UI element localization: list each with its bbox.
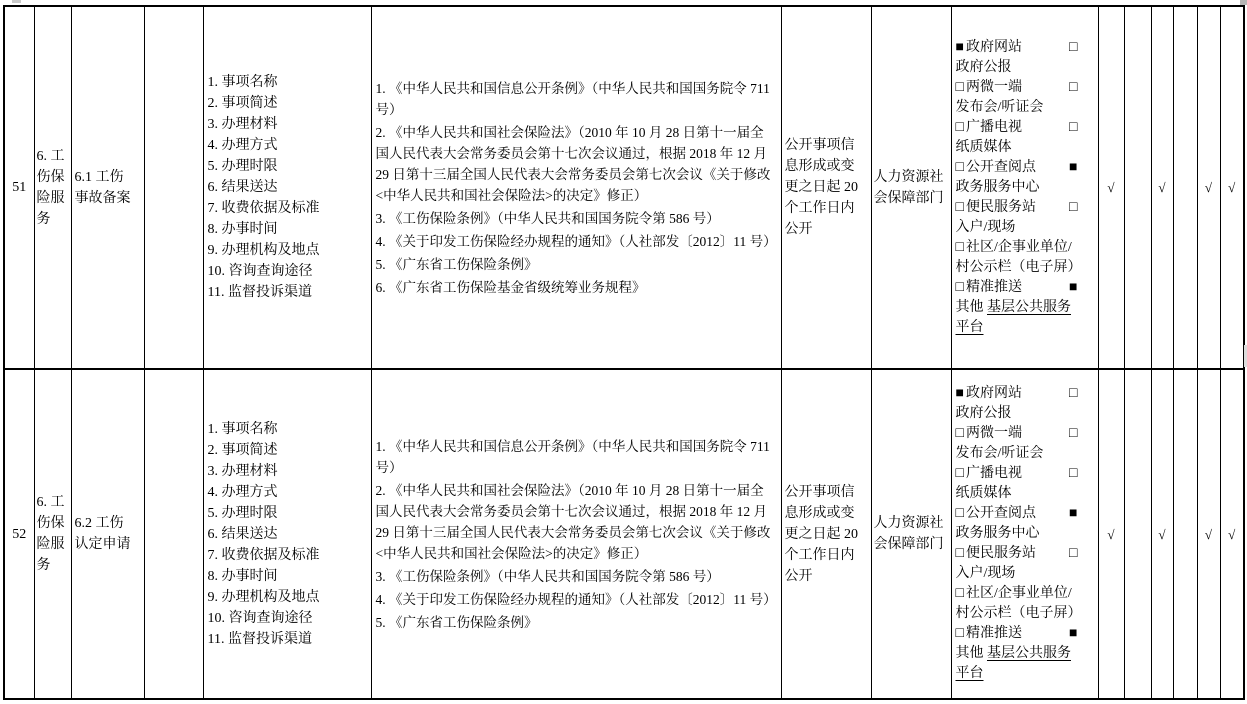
legal-item: 6. 《广东省工伤保险基金省级统筹业务规程》 [376, 277, 775, 298]
checkbox-empty-icon: □ [1069, 424, 1077, 444]
checkbox-empty-icon: □ [956, 426, 964, 441]
check-mark: √ [1107, 527, 1114, 542]
channel-label: 便民服务站 [966, 200, 1036, 215]
element-item: 7. 收费依据及标准 [208, 198, 367, 219]
checkbox-empty-icon: □ [956, 626, 964, 641]
element-item: 11. 监督投诉渠道 [208, 282, 367, 303]
legal-item: 4. 《关于印发工伤保险经办规程的通知》（人社部发〔2012〕11 号） [376, 231, 775, 252]
channel-item: □公开查阅点■ [956, 504, 1078, 524]
department-text: 人力资源社会保障部门 [874, 513, 949, 555]
channel-item: □两微一端□ [956, 78, 1078, 98]
checkbox-empty-icon: □ [1069, 544, 1077, 564]
channel-label: 政府公报 [956, 406, 1012, 421]
category-label: 6. 工伤保险服务 [37, 146, 69, 230]
element-item: 6. 结果送达 [208, 177, 367, 198]
channel-item: 其他 基层公共服务平台 [956, 644, 1078, 684]
channel-item: □公开查阅点■ [956, 158, 1078, 178]
channel-label: 政务服务中心 [956, 180, 1040, 195]
element-item: 3. 办理材料 [208, 461, 367, 482]
check-cell: √ [1220, 6, 1244, 369]
channel-label: 政务服务中心 [956, 526, 1040, 541]
department-cell: 人力资源社会保障部门 [871, 369, 951, 699]
check-cell [1124, 6, 1151, 369]
channel-label-group: □便民服务站 [956, 544, 1036, 564]
spacer-cell [144, 369, 203, 699]
legal-item: 5. 《广东省工伤保险条例》 [376, 254, 775, 275]
element-item: 8. 办事时间 [208, 219, 367, 240]
sub-item-cell: 6.1 工伤事故备案 [71, 6, 144, 369]
department-cell: 人力资源社会保障部门 [871, 6, 951, 369]
check-cell: √ [1151, 6, 1173, 369]
checkbox-empty-icon: □ [1069, 78, 1077, 98]
deadline-text: 公开事项信息形成或变更之日起 20 个工作日内公开 [785, 482, 865, 587]
channel-item: 入户/现场 [956, 218, 1078, 238]
category-cell: 6. 工伤保险服务 [34, 369, 71, 699]
element-item: 1. 事项名称 [208, 72, 367, 93]
check-cell [1124, 369, 1151, 699]
channel-item: 其他 基层公共服务平台 [956, 298, 1078, 338]
row-number: 51 [12, 180, 26, 195]
element-item: 2. 事项简述 [208, 93, 367, 114]
channel-item: 纸质媒体 [956, 138, 1078, 158]
checkbox-empty-icon: □ [1069, 118, 1077, 138]
channel-label-group: □公开查阅点 [956, 158, 1036, 178]
channel-label: 社区/企事业单位/村公示栏（电子屏） [956, 240, 1082, 275]
channel-item: 入户/现场 [956, 564, 1078, 584]
checkbox-empty-icon: □ [956, 506, 964, 521]
checkbox-empty-icon: □ [956, 546, 964, 561]
element-item: 9. 办理机构及地点 [208, 240, 367, 261]
element-item: 5. 办理时限 [208, 156, 367, 177]
channel-label: 广播电视 [966, 466, 1022, 481]
checkbox-empty-icon: □ [956, 160, 964, 175]
checkbox-empty-icon: □ [956, 200, 964, 215]
row-number-cell: 51 [4, 6, 34, 369]
channel-label-group: □精准推送 [956, 624, 1022, 644]
channel-label-group: □两微一端 [956, 424, 1022, 444]
check-mark: √ [1228, 180, 1235, 195]
legal-item: 3. 《工伤保险条例》（中华人民共和国国务院令第 586 号） [376, 566, 775, 587]
check-cell: √ [1098, 6, 1124, 369]
category-cell: 6. 工伤保险服务 [34, 6, 71, 369]
channels-cell: ■政府网站□政府公报□两微一端□发布会/听证会□广播电视□纸质媒体□公开查阅点■… [951, 369, 1098, 699]
element-item: 8. 办事时间 [208, 566, 367, 587]
channel-label: 发布会/听证会 [956, 446, 1044, 461]
channel-label-group: □精准推送 [956, 278, 1022, 298]
table-row: 526. 工伤保险服务6.2 工伤认定申请1. 事项名称2. 事项简述3. 办理… [4, 369, 1244, 699]
channel-label-group: □广播电视 [956, 464, 1022, 484]
checkbox-filled-icon: ■ [1069, 504, 1077, 524]
checkbox-empty-icon: □ [1069, 38, 1077, 58]
channel-item: □便民服务站□ [956, 198, 1078, 218]
category-label: 6. 工伤保险服务 [37, 492, 69, 576]
element-item: 2. 事项简述 [208, 440, 367, 461]
legal-item: 5. 《广东省工伤保险条例》 [376, 612, 775, 633]
legal-item: 3. 《工伤保险条例》（中华人民共和国国务院令第 586 号） [376, 208, 775, 229]
element-item: 3. 办理材料 [208, 114, 367, 135]
channel-item: □社区/企事业单位/村公示栏（电子屏） [956, 238, 1078, 278]
channel-item: □精准推送■ [956, 624, 1078, 644]
checkbox-empty-icon: □ [956, 586, 964, 601]
deadline-cell: 公开事项信息形成或变更之日起 20 个工作日内公开 [781, 6, 871, 369]
check-mark: √ [1205, 527, 1212, 542]
check-mark: √ [1158, 527, 1165, 542]
channel-item: □精准推送■ [956, 278, 1078, 298]
checkbox-empty-icon: □ [956, 280, 964, 295]
deadline-cell: 公开事项信息形成或变更之日起 20 个工作日内公开 [781, 369, 871, 699]
channel-label: 其他 [956, 646, 988, 661]
channel-label: 精准推送 [966, 280, 1022, 295]
channel-item: 发布会/听证会 [956, 98, 1078, 118]
channel-label: 两微一端 [966, 80, 1022, 95]
checkbox-empty-icon: □ [956, 240, 964, 255]
channel-item: □便民服务站□ [956, 544, 1078, 564]
check-cell: √ [1151, 369, 1173, 699]
screenshot-artifact [1240, 0, 1247, 5]
check-cell: √ [1098, 369, 1124, 699]
element-item: 4. 办理方式 [208, 482, 367, 503]
sub-item-label: 6.1 工伤事故备案 [75, 167, 135, 209]
channel-label: 公开查阅点 [966, 506, 1036, 521]
channel-label: 政府网站 [966, 40, 1022, 55]
channel-label-group: □广播电视 [956, 118, 1022, 138]
channel-label: 广播电视 [966, 120, 1022, 135]
legal-item: 4. 《关于印发工伤保险经办规程的通知》（人社部发〔2012〕11 号） [376, 589, 775, 610]
checkbox-filled-icon: ■ [1069, 624, 1077, 644]
department-text: 人力资源社会保障部门 [874, 167, 949, 209]
check-cell [1173, 369, 1197, 699]
check-cell: √ [1220, 369, 1244, 699]
channel-label: 政府网站 [966, 386, 1022, 401]
legal-item: 1. 《中华人民共和国信息公开条例》（中华人民共和国国务院令 711 号） [376, 78, 775, 120]
channel-label: 公开查阅点 [966, 160, 1036, 175]
channel-label: 发布会/听证会 [956, 100, 1044, 115]
checkbox-empty-icon: □ [1069, 464, 1077, 484]
channel-item: 政务服务中心 [956, 178, 1078, 198]
check-mark: √ [1228, 527, 1235, 542]
checkbox-filled-icon: ■ [956, 386, 964, 401]
element-item: 10. 咨询查询途径 [208, 261, 367, 282]
check-cell: √ [1197, 6, 1220, 369]
checkbox-empty-icon: □ [1069, 198, 1077, 218]
check-mark: √ [1158, 180, 1165, 195]
channel-item: □两微一端□ [956, 424, 1078, 444]
channel-item: ■政府网站□ [956, 384, 1078, 404]
legal-item: 2. 《中华人民共和国社会保险法》（2010 年 10 月 28 日第十一届全国… [376, 122, 775, 206]
disclosure-table: 516. 工伤保险服务6.1 工伤事故备案1. 事项名称2. 事项简述3. 办理… [3, 5, 1245, 700]
table-row: 516. 工伤保险服务6.1 工伤事故备案1. 事项名称2. 事项简述3. 办理… [4, 6, 1244, 369]
legal-item: 1. 《中华人民共和国信息公开条例》（中华人民共和国国务院令 711 号） [376, 436, 775, 478]
element-item: 1. 事项名称 [208, 419, 367, 440]
channel-label: 纸质媒体 [956, 486, 1012, 501]
check-mark: √ [1205, 180, 1212, 195]
channel-label-group: ■政府网站 [956, 38, 1022, 58]
channel-item: □广播电视□ [956, 464, 1078, 484]
row-number-cell: 52 [4, 369, 34, 699]
channel-item: 政府公报 [956, 58, 1078, 78]
channels-cell: ■政府网站□政府公报□两微一端□发布会/听证会□广播电视□纸质媒体□公开查阅点■… [951, 6, 1098, 369]
checkbox-empty-icon: □ [1069, 384, 1077, 404]
checkbox-empty-icon: □ [956, 80, 964, 95]
channel-label: 其他 [956, 300, 988, 315]
checkbox-filled-icon: ■ [956, 40, 964, 55]
table-body: 516. 工伤保险服务6.1 工伤事故备案1. 事项名称2. 事项简述3. 办理… [4, 6, 1244, 699]
check-cell: √ [1197, 369, 1220, 699]
element-item: 7. 收费依据及标准 [208, 545, 367, 566]
channel-label: 入户/现场 [956, 566, 1016, 581]
channel-label: 精准推送 [966, 626, 1022, 641]
channel-label: 入户/现场 [956, 220, 1016, 235]
checkbox-empty-icon: □ [956, 466, 964, 481]
legal-basis-cell: 1. 《中华人民共和国信息公开条例》（中华人民共和国国务院令 711 号）2. … [371, 369, 781, 699]
channel-item: 政府公报 [956, 404, 1078, 424]
legal-basis-cell: 1. 《中华人民共和国信息公开条例》（中华人民共和国国务院令 711 号）2. … [371, 6, 781, 369]
elements-cell: 1. 事项名称2. 事项简述3. 办理材料4. 办理方式5. 办理时限6. 结果… [203, 6, 371, 369]
channel-label: 政府公报 [956, 60, 1012, 75]
checkbox-filled-icon: ■ [1069, 158, 1077, 178]
channel-label-group: □两微一端 [956, 78, 1022, 98]
channel-label-group: ■政府网站 [956, 384, 1022, 404]
sub-item-label: 6.2 工伤认定申请 [75, 513, 135, 555]
element-item: 5. 办理时限 [208, 503, 367, 524]
spacer-cell [144, 6, 203, 369]
channel-label: 纸质媒体 [956, 140, 1012, 155]
checkbox-empty-icon: □ [956, 120, 964, 135]
channel-label: 便民服务站 [966, 546, 1036, 561]
element-item: 10. 咨询查询途径 [208, 608, 367, 629]
channel-item: 发布会/听证会 [956, 444, 1078, 464]
elements-cell: 1. 事项名称2. 事项简述3. 办理材料4. 办理方式5. 办理时限6. 结果… [203, 369, 371, 699]
channel-label-group: □公开查阅点 [956, 504, 1036, 524]
element-item: 9. 办理机构及地点 [208, 587, 367, 608]
channel-label: 两微一端 [966, 426, 1022, 441]
channel-item: 纸质媒体 [956, 484, 1078, 504]
channel-item: □社区/企事业单位/村公示栏（电子屏） [956, 584, 1078, 624]
channel-item: □广播电视□ [956, 118, 1078, 138]
channel-label-group: □便民服务站 [956, 198, 1036, 218]
row-number: 52 [12, 527, 26, 542]
check-mark: √ [1107, 180, 1114, 195]
channel-item: ■政府网站□ [956, 38, 1078, 58]
checkbox-filled-icon: ■ [1069, 278, 1077, 298]
legal-item: 2. 《中华人民共和国社会保险法》（2010 年 10 月 28 日第十一届全国… [376, 480, 775, 564]
deadline-text: 公开事项信息形成或变更之日起 20 个工作日内公开 [785, 135, 865, 240]
sub-item-cell: 6.2 工伤认定申请 [71, 369, 144, 699]
channel-label: 社区/企事业单位/村公示栏（电子屏） [956, 586, 1082, 621]
channel-item: 政务服务中心 [956, 524, 1078, 544]
check-cell [1173, 6, 1197, 369]
element-item: 4. 办理方式 [208, 135, 367, 156]
element-item: 6. 结果送达 [208, 524, 367, 545]
screenshot-artifact [12, 0, 21, 3]
element-item: 11. 监督投诉渠道 [208, 629, 367, 650]
